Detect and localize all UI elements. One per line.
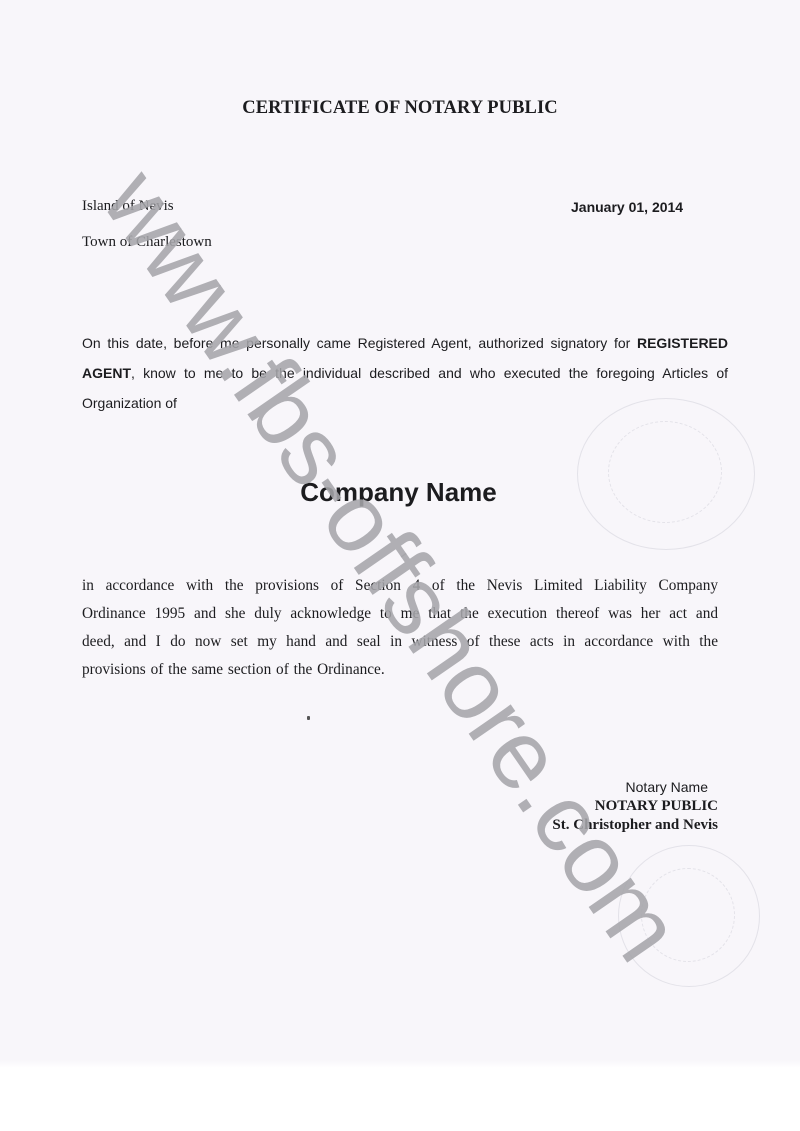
- intro-text: On this date, before me personally came …: [82, 335, 637, 351]
- scan-speck: [307, 716, 310, 720]
- intro-text: Organization of: [82, 395, 177, 411]
- company-seal-emboss-icon: [577, 398, 755, 550]
- notary-jurisdiction: St. Christopher and Nevis: [552, 816, 718, 835]
- certificate-date: January 01, 2014: [571, 199, 683, 215]
- intro-text: , know to me to be the individual descri…: [131, 365, 728, 381]
- intro-bold-text: AGENT: [82, 365, 131, 381]
- notary-seal-emboss-icon: [618, 845, 760, 987]
- intro-bold-text: REGISTERED: [637, 335, 728, 351]
- notary-role: NOTARY PUBLIC: [552, 797, 718, 816]
- watermark-text: www.fbs-offshore.com: [81, 150, 704, 980]
- body-line: provisions of the same section of the Or…: [82, 656, 718, 684]
- location-town: Town of Charlestown: [82, 234, 212, 251]
- document-page: CERTIFICATE OF NOTARY PUBLIC Island of N…: [0, 0, 800, 1060]
- body-line: in accordance with the provisions of Sec…: [82, 572, 718, 600]
- notary-name: Notary Name: [552, 778, 718, 797]
- signature-block: Notary Name NOTARY PUBLIC St. Christophe…: [552, 778, 718, 835]
- intro-line: On this date, before me personally came …: [82, 328, 728, 358]
- seal-inner-ring: [641, 868, 735, 962]
- body-paragraph: in accordance with the provisions of Sec…: [82, 572, 718, 684]
- seal-inner-ring: [608, 421, 722, 523]
- intro-line: AGENT, know to me to be the individual d…: [82, 358, 728, 388]
- location-island: Island of Nevis: [82, 198, 174, 215]
- body-line: deed, and I do now set my hand and seal …: [82, 628, 718, 656]
- certificate-title: CERTIFICATE OF NOTARY PUBLIC: [0, 98, 800, 119]
- body-line: Ordinance 1995 and she duly acknowledge …: [82, 600, 718, 628]
